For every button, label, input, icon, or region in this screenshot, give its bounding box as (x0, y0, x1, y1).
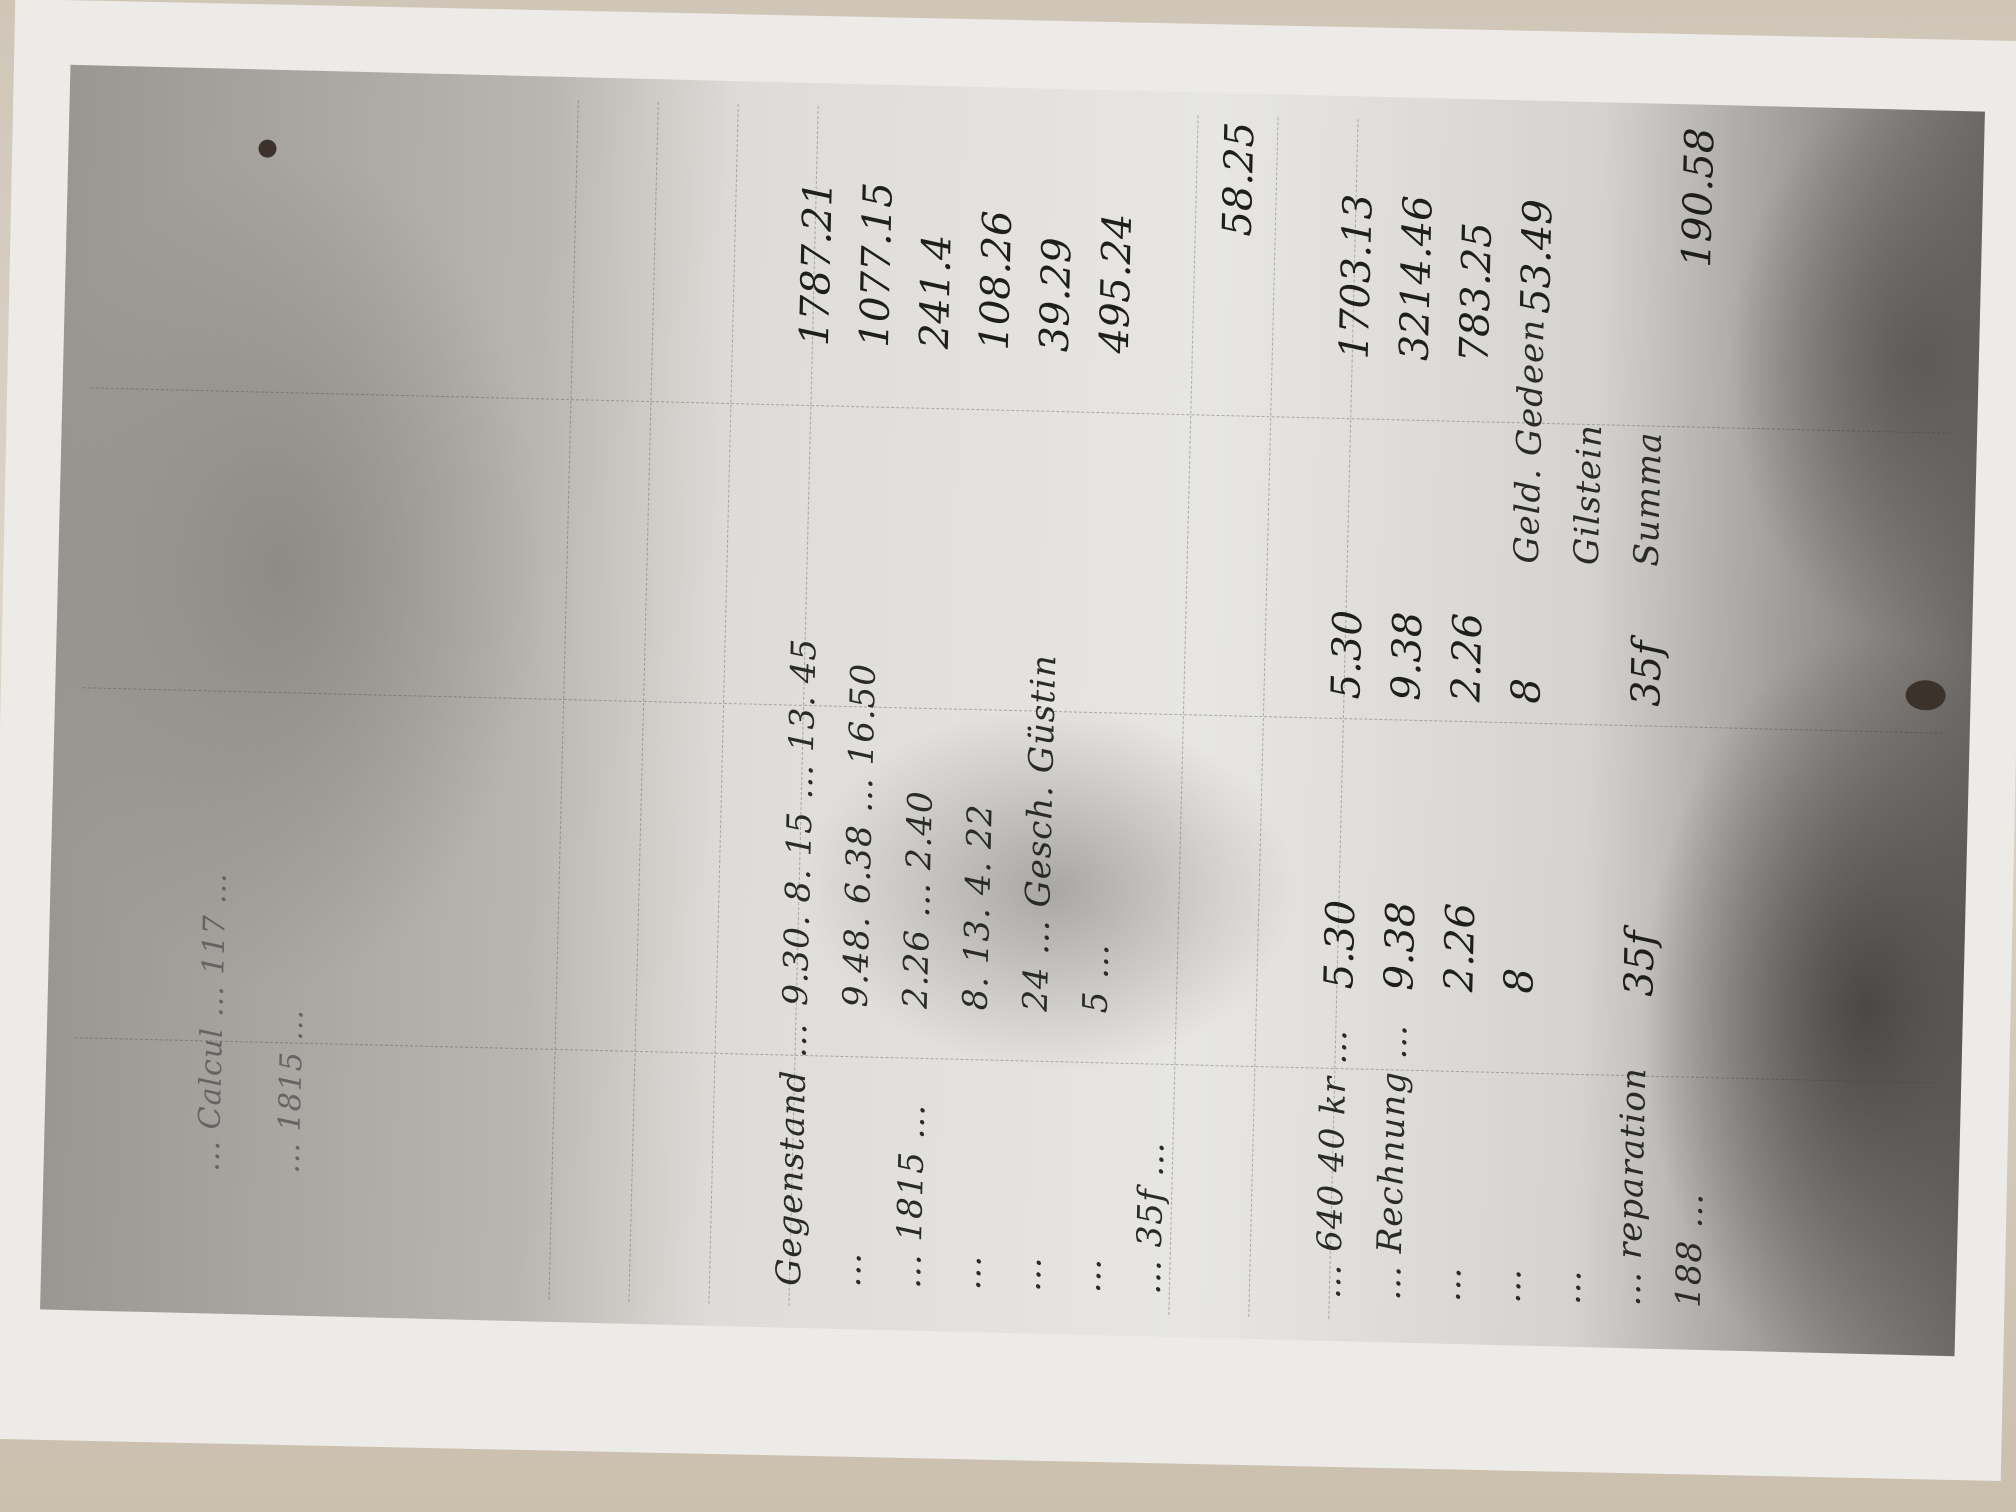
row-a: 8 (1496, 967, 1543, 994)
row-note: Geld. Gedeen (1506, 318, 1552, 564)
row-label: ... (1008, 1255, 1049, 1291)
row-values: 9.48. 6.38 ... 16.50 (835, 662, 883, 1007)
row-total: 495.24 (1091, 212, 1140, 353)
row-label: Gegenstand ... (768, 1021, 814, 1285)
row-total: 39.29 (1031, 236, 1080, 352)
row-label: ... (1068, 1257, 1109, 1293)
row-label: ... 35f ... (1128, 1140, 1172, 1294)
row-total: 1787.21 (791, 180, 841, 346)
row-a: 9.38 (1376, 900, 1424, 990)
row-note: Gilstein (1566, 423, 1609, 565)
row-values: 24 ... Gesch. Güstin (1015, 653, 1064, 1011)
subtotal: 58.25 (1214, 121, 1263, 237)
grand-total: 190.58 (1674, 127, 1723, 268)
row-total: 1703.13 (1331, 193, 1381, 359)
row-total: 53.49 (1512, 198, 1561, 314)
row-label: ... (948, 1254, 989, 1290)
row-label: ... Rechnung ... (1368, 1023, 1415, 1300)
row-total: 3214.46 (1391, 194, 1441, 360)
row-label: ... (1548, 1268, 1589, 1304)
row-total: 241.4 (911, 233, 960, 349)
row-values: 2.26 ... 2.40 (895, 789, 940, 1008)
header-line: ... Calcul ... 117 ... (191, 871, 233, 1171)
rotated-ledger: ... Calcul ... 117 ... ... 1815 ... Gege… (68, 88, 1957, 1333)
row-label: ... (828, 1251, 869, 1287)
row-label: ... 640 40 kr ... (1308, 1028, 1355, 1299)
header-line: ... 1815 ... (271, 1008, 310, 1173)
row-b: 2.26 (1443, 612, 1491, 702)
ledger-photocopy: ... Calcul ... 117 ... ... 1815 ... Gege… (40, 65, 1985, 1356)
row-total: 783.25 (1451, 221, 1500, 362)
row-a: 5.30 (1316, 899, 1364, 989)
row-label: ... (1488, 1267, 1529, 1303)
row-b: 8 (1503, 677, 1550, 704)
row-b: 9.38 (1383, 611, 1431, 701)
row-a: 2.26 (1436, 902, 1484, 992)
row-label: ... reparation (1608, 1066, 1654, 1306)
row-total: 108.26 (971, 209, 1020, 350)
row-b: 35f (1623, 640, 1671, 707)
row-note: Summa (1626, 431, 1669, 567)
row-b: 5.30 (1323, 609, 1371, 699)
row-values: 8. 13. 4. 22 (955, 803, 1000, 1011)
row-label: ... (1428, 1265, 1469, 1301)
row-values: 5 ... (1075, 942, 1117, 1013)
row-a: 35f (1616, 930, 1664, 997)
row-values: 9.30. 8. 15 ... 13. 45 (775, 637, 824, 1006)
row-label: 188 ... (1668, 1192, 1711, 1308)
row-label: ... 1815 ... (888, 1103, 933, 1289)
row-total: 1077.15 (851, 181, 901, 347)
